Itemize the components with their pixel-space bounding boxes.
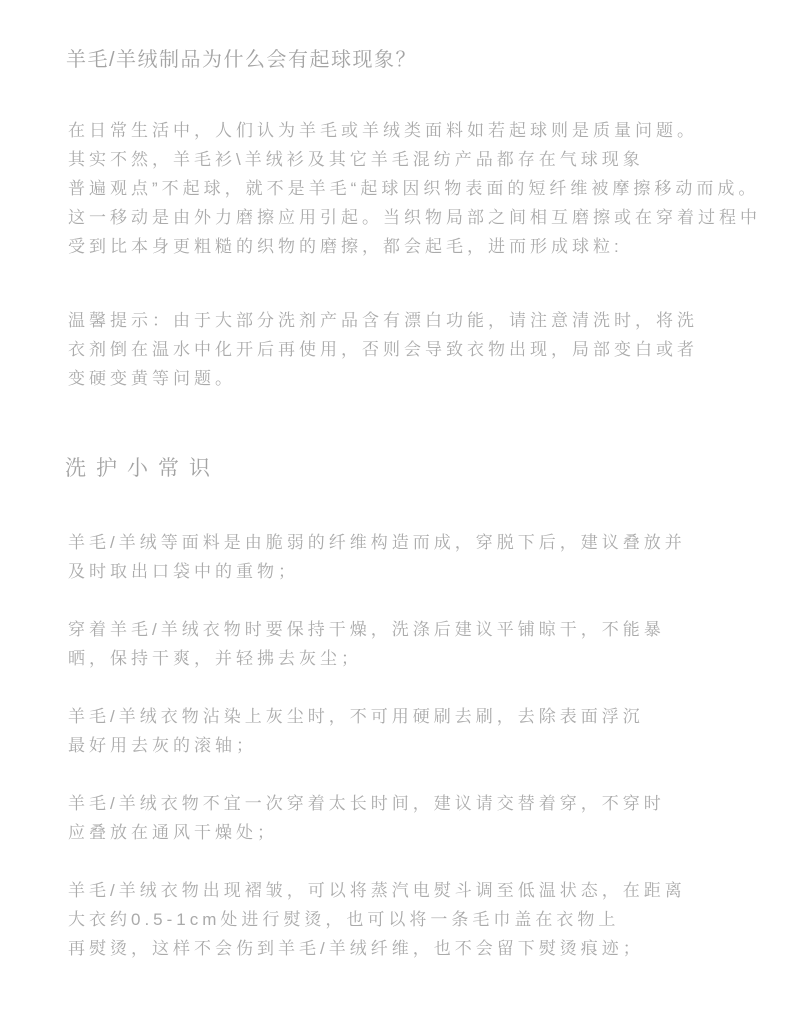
care-item: 羊毛/羊绒衣物出现褶皱，可以将蒸汽电熨斗调至低温状态，在距离 大衣约0.5-1c…	[68, 876, 790, 963]
text-line: 普遍观点”不起球，就不是羊毛“起球因织物表面的短纤维被摩擦移动而成。	[68, 174, 790, 203]
text-line: 变硬变黄等问题。	[68, 364, 790, 393]
text-line: 最好用去灰的滚轴；	[68, 731, 790, 760]
text-line: 其实不然，羊毛衫\羊绒衫及其它羊毛混纺产品都存在气球现象	[68, 145, 790, 174]
product-care-description-page: 羊毛/羊绒制品为什么会有起球现象？ 在日常生活中，人们认为羊毛或羊绒类面料如若起…	[0, 0, 790, 1033]
text-line: 羊毛/羊绒衣物不宜一次穿着太长时间，建议请交替着穿，不穿时	[68, 789, 790, 818]
care-item: 羊毛/羊绒衣物沾染上灰尘时，不可用硬刷去刷，去除表面浮沉 最好用去灰的滚轴；	[68, 702, 790, 760]
text-line: 在日常生活中，人们认为羊毛或羊绒类面料如若起球则是质量问题。	[68, 116, 790, 145]
text-line: 穿着羊毛/羊绒衣物时要保持干燥，洗涤后建议平铺晾干，不能暴	[68, 615, 790, 644]
page-title: 羊毛/羊绒制品为什么会有起球现象？	[66, 46, 790, 74]
care-item: 羊毛/羊绒衣物不宜一次穿着太长时间，建议请交替着穿，不穿时 应叠放在通风干燥处；	[68, 789, 790, 847]
care-item: 穿着羊毛/羊绒衣物时要保持干燥，洗涤后建议平铺晾干，不能暴 晒，保持干爽，并轻拂…	[68, 615, 790, 673]
text-line: 晒，保持干爽，并轻拂去灰尘；	[68, 644, 790, 673]
text-line: 羊毛/羊绒衣物出现褶皱，可以将蒸汽电熨斗调至低温状态，在距离	[68, 876, 790, 905]
text-line: 这一移动是由外力磨擦应用引起。当织物局部之间相互磨擦或在穿着过程中	[68, 203, 790, 232]
text-line: 温馨提示：由于大部分洗剂产品含有漂白功能，请注意清洗时，将洗	[68, 306, 790, 335]
text-line: 羊毛/羊绒衣物沾染上灰尘时，不可用硬刷去刷，去除表面浮沉	[68, 702, 790, 731]
text-line: 羊毛/羊绒等面料是由脆弱的纤维构造而成，穿脱下后，建议叠放并	[68, 528, 790, 557]
text-line: 受到比本身更粗糙的织物的磨擦，都会起毛，进而形成球粒:	[68, 232, 790, 261]
text-line: 大衣约0.5-1cm处进行熨烫，也可以将一条毛巾盖在衣物上	[68, 905, 790, 934]
text-line: 及时取出口袋中的重物；	[68, 557, 790, 586]
text-line: 应叠放在通风干燥处；	[68, 818, 790, 847]
text-line: 衣剂倒在温水中化开后再使用，否则会导致衣物出现，局部变白或者	[68, 335, 790, 364]
section-title-washing-care-tips: 洗护小常识	[65, 454, 790, 484]
pilling-intro-paragraph: 在日常生活中，人们认为羊毛或羊绒类面料如若起球则是质量问题。 其实不然，羊毛衫\…	[68, 116, 790, 261]
care-tips-list: 羊毛/羊绒等面料是由脆弱的纤维构造而成，穿脱下后，建议叠放并 及时取出口袋中的重…	[0, 528, 790, 963]
warm-tips-paragraph: 温馨提示：由于大部分洗剂产品含有漂白功能，请注意清洗时，将洗 衣剂倒在温水中化开…	[68, 306, 790, 393]
text-line: 再熨烫，这样不会伤到羊毛/羊绒纤维，也不会留下熨烫痕迹；	[68, 934, 790, 963]
care-item: 羊毛/羊绒等面料是由脆弱的纤维构造而成，穿脱下后，建议叠放并 及时取出口袋中的重…	[68, 528, 790, 586]
